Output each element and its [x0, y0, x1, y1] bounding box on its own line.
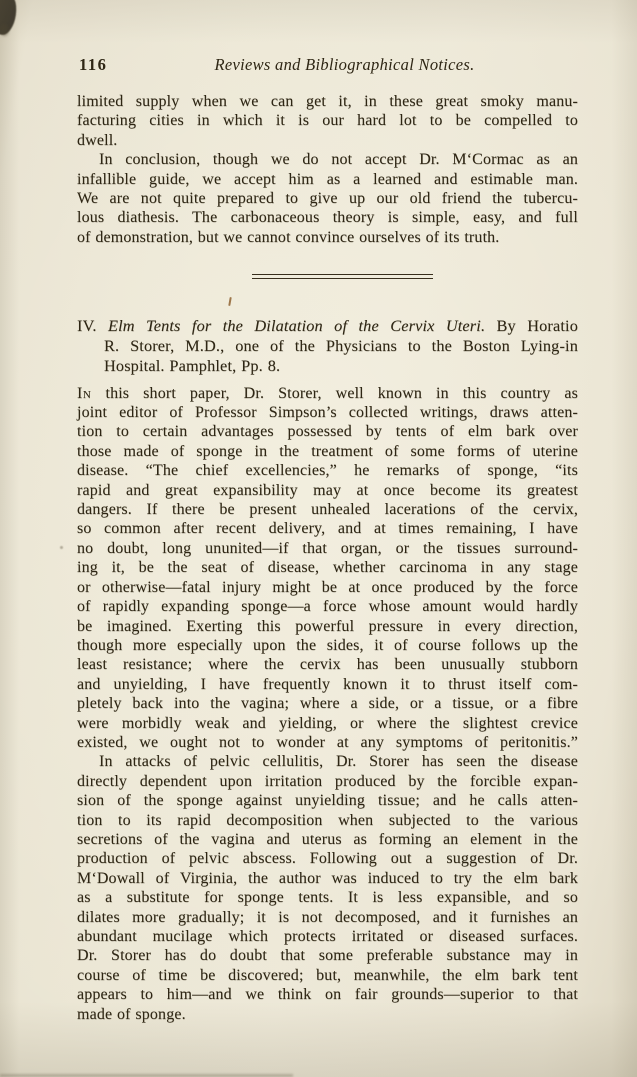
text-line: joint editor of Professor Simpson’s coll…: [77, 403, 578, 422]
text-line: existed, we ought not to wonder at any s…: [77, 733, 578, 752]
article-heading: IV. Elm Tents for the Dilatation of the …: [77, 316, 578, 375]
text-line: dilates more gradually; it is not decomp…: [77, 908, 578, 927]
text-line: Dr. Storer has do doubt that some prefer…: [77, 946, 578, 965]
text-line: and unyielding, I have frequently known …: [77, 675, 578, 694]
text-line: those made of sponge in the treatment of…: [77, 442, 578, 461]
text-line: In attacks of pelvic cellulitis, Dr. Sto…: [77, 752, 578, 771]
paragraph-review-1: In this short paper, Dr. Storer, well kn…: [77, 384, 578, 753]
text-line: In this short paper, Dr. Storer, well kn…: [77, 384, 578, 403]
scan-smudge: [0, 24, 9, 36]
text-line: pletely back into the vagina; where a si…: [77, 694, 578, 713]
text-line: course of time be discovered; but, meanw…: [77, 966, 578, 985]
text-line: abundant mucilage which protects irritat…: [77, 927, 578, 946]
text-line: tion to certain advantages possessed by …: [77, 422, 578, 441]
scanned-book-page: 116 Reviews and Bibliographical Notices.…: [0, 0, 637, 1077]
page-number: 116: [79, 55, 107, 75]
text-line: limited supply when we can get it, in th…: [77, 92, 578, 111]
scan-speck: [60, 546, 63, 549]
text-line: though more especially upon the sides, i…: [77, 636, 578, 655]
lead-small-caps: In: [77, 385, 91, 402]
text-line: so common after recent delivery, and at …: [77, 519, 578, 538]
text-line: ing it, be the seat of disease, whether …: [77, 558, 578, 577]
text-line: as a substitute for sponge tents. It is …: [77, 888, 578, 907]
running-head: Reviews and Bibliographical Notices.: [214, 55, 474, 75]
article-byline-start: By Horatio: [497, 316, 578, 335]
text-line: least resistance; where the cervix has b…: [77, 655, 578, 674]
text-line: of demonstration, but we cannot convince…: [77, 228, 578, 247]
text-line: In conclusion, though we do not accept D…: [77, 150, 578, 169]
text-line: lous diathesis. The carbonaceous theory …: [77, 208, 578, 227]
text-line: directly dependent upon irritation produ…: [77, 772, 578, 791]
text-line: We are not quite prepared to give up our…: [77, 189, 578, 208]
heading-line: IV. Elm Tents for the Dilatation of the …: [77, 316, 578, 336]
text-line: or otherwise—fatal injury might be at on…: [77, 578, 578, 597]
heading-line: R. Storer, M.D., one of the Physicians t…: [77, 336, 578, 356]
text-line: appears to him—and we think on fair grou…: [77, 985, 578, 1004]
text-line: tion to its rapid decomposition when sub…: [77, 811, 578, 830]
text-line: dangers. If there be present unhealed la…: [77, 500, 578, 519]
lead-rest: this short paper, Dr. Storer, well known…: [105, 385, 578, 402]
article-number: IV.: [77, 316, 97, 335]
heading-line: Hospital. Pamphlet, Pp. 8.: [77, 356, 578, 376]
text-line: were morbidly weak and yielding, or wher…: [77, 714, 578, 733]
paragraph-conclusion: In conclusion, though we do not accept D…: [77, 150, 578, 247]
text-line: sion of the sponge against unyielding ti…: [77, 791, 578, 810]
text-line: rapid and great expansibility may at onc…: [77, 481, 578, 500]
paragraph-review-2: In attacks of pelvic cellulitis, Dr. Sto…: [77, 752, 578, 1024]
paragraph-continuation: limited supply when we can get it, in th…: [77, 92, 578, 150]
text-line: disease. “The chief excellencies,” he re…: [77, 461, 578, 480]
text-block: limited supply when we can get it, in th…: [77, 92, 578, 1024]
text-line: facturing cities in which it is our hard…: [77, 111, 578, 130]
text-line: made of sponge.: [77, 1005, 578, 1024]
text-line: be imagined. Exerting this powerful pres…: [77, 617, 578, 636]
text-line: of rapidly expanding sponge—a force whos…: [77, 597, 578, 616]
text-line: M‘Dowall of Virginia, the author was ind…: [77, 869, 578, 888]
text-line: secretions of the vagina and uterus as f…: [77, 830, 578, 849]
double-rule-divider: [252, 274, 433, 279]
text-line: no doubt, long ununited—if that organ, o…: [77, 539, 578, 558]
text-line: production of pelvic abscess. Following …: [77, 849, 578, 868]
text-line: dwell.: [77, 131, 578, 150]
article-title: Elm Tents for the Dilatation of the Cerv…: [108, 316, 485, 335]
page-header: 116 Reviews and Bibliographical Notices.: [77, 55, 578, 74]
text-line: infallible guide, we accept him as a lea…: [77, 170, 578, 189]
